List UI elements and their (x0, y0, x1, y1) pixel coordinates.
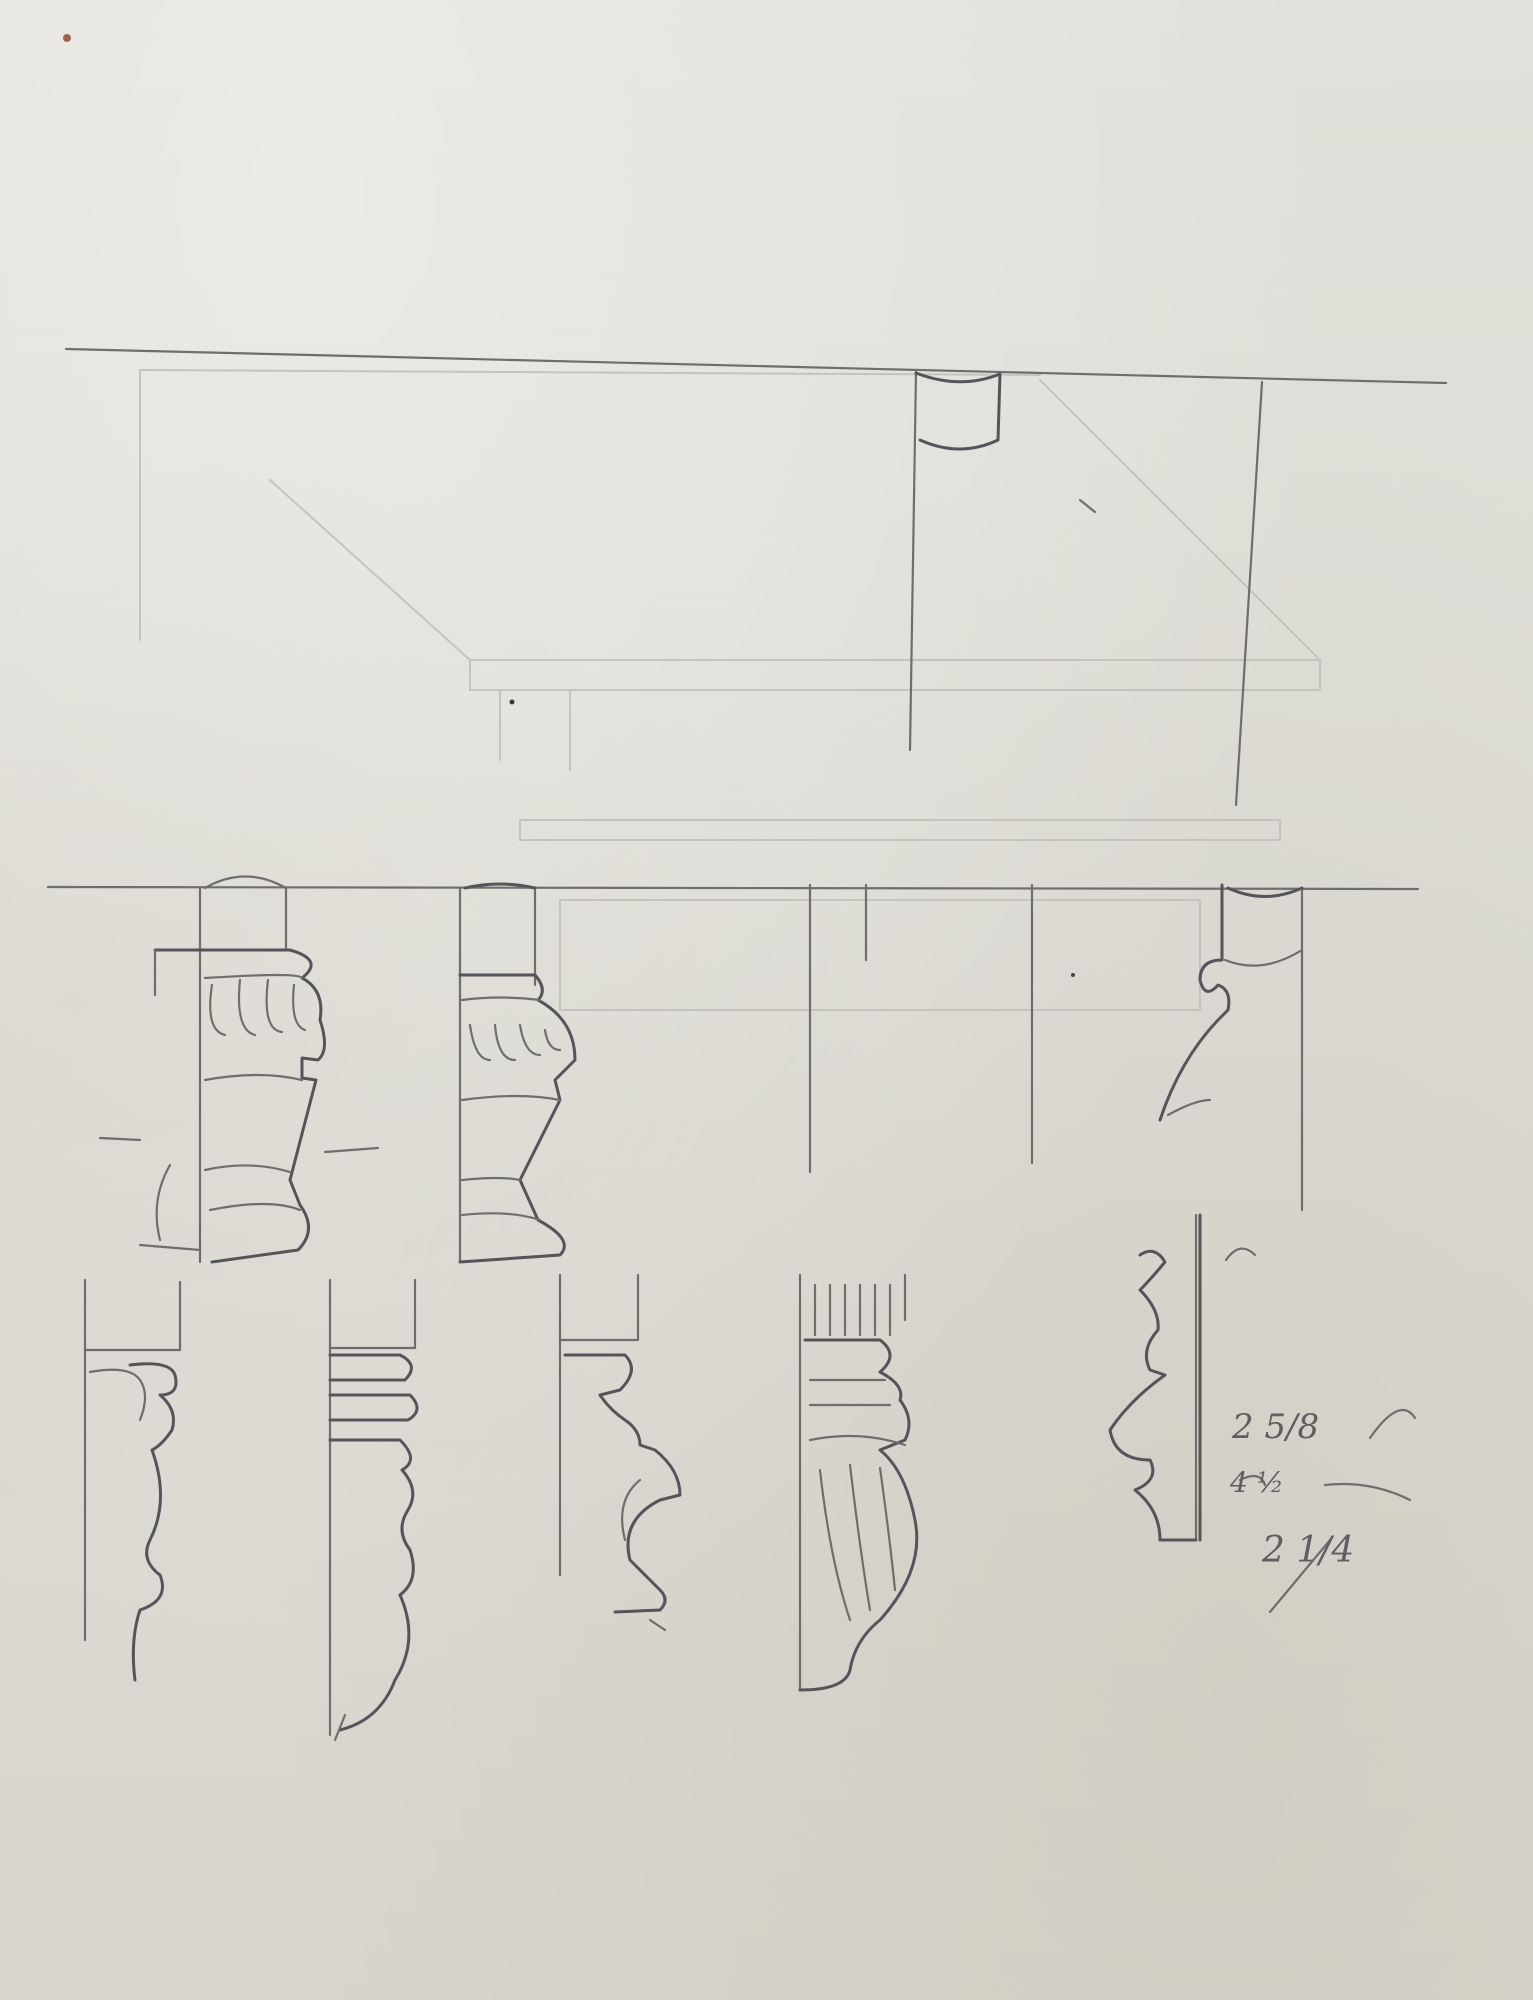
sketch-drawing: 2 5/8 4 ½ 2 1/4 (0, 0, 1533, 2000)
molding-profile-3 (560, 1275, 680, 1630)
cornice-profile-right (1160, 885, 1302, 1210)
column-base-2 (460, 884, 575, 1262)
molding-profile-1 (85, 1280, 180, 1680)
molding-profile-2 (330, 1280, 417, 1740)
top-guideline (66, 349, 1446, 383)
faint-underdrawing (140, 370, 1320, 1010)
paper-mark (63, 34, 71, 42)
middle-guideline (48, 887, 1418, 889)
dimension-label-2: 4 ½ (1229, 1466, 1284, 1499)
dimension-label-1: 2 5/8 (1231, 1407, 1319, 1447)
top-block-profile (916, 373, 1000, 449)
column-base-1 (100, 877, 378, 1263)
dimension-annotations: 2 5/8 4 ½ 2 1/4 (1229, 1407, 1354, 1571)
molding-profile-4-ornamented (800, 1275, 917, 1690)
dimension-label-3: 2 1/4 (1261, 1530, 1354, 1571)
